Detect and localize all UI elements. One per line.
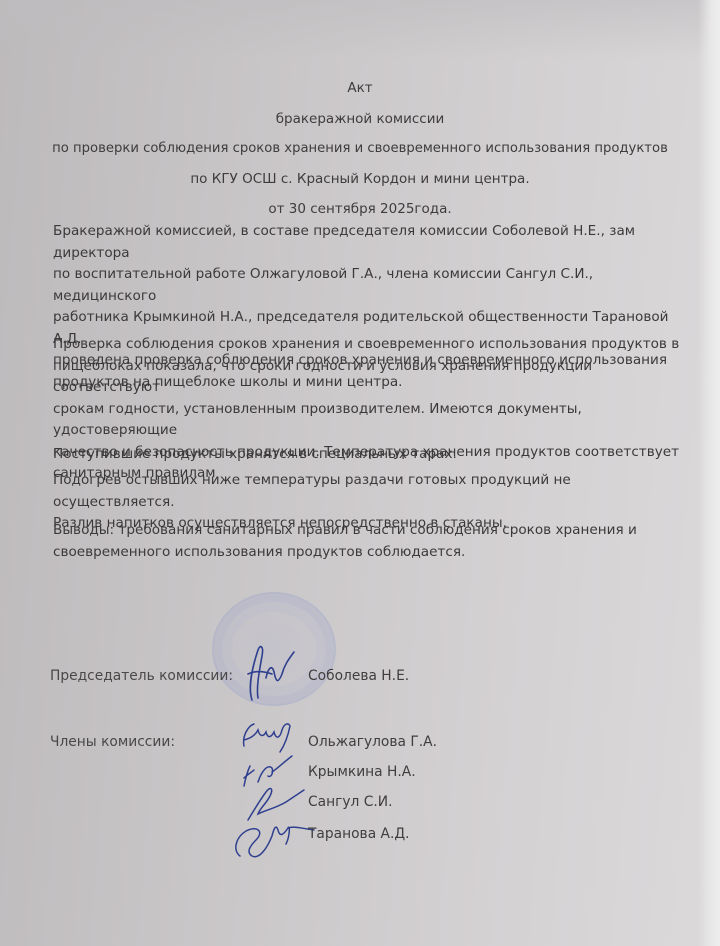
- paragraph-storage: Поступившие продукты хранятся в специаль…: [53, 444, 693, 466]
- text-line: своевременного использования продуктов с…: [53, 542, 693, 564]
- photo-shadow: [0, 0, 720, 60]
- text-line: Поступившие продукты хранятся в специаль…: [53, 444, 693, 466]
- text-line: Бракеражной комиссией, в составе председ…: [53, 221, 693, 264]
- document-subtitle: бракеражной комиссии: [0, 111, 720, 127]
- member-signature-icon: [238, 718, 298, 754]
- document-purpose: по проверки соблюдения сроков хранения и…: [0, 141, 720, 156]
- text-line: Выводы: требования санитарных правил в ч…: [53, 520, 693, 542]
- member-name: Ольжагулова Г.А.: [308, 734, 437, 750]
- members-label: Члены комиссии:: [50, 734, 175, 750]
- text-line: Подогрев остывших ниже температуры разда…: [53, 470, 693, 513]
- document-title: Акт: [0, 80, 720, 96]
- text-line: срокам годности, установленным производи…: [53, 399, 693, 442]
- document-organization: по КГУ ОСШ с. Красный Кордон и мини цент…: [0, 171, 720, 187]
- member-name: Сангул С.И.: [308, 794, 392, 810]
- chair-label: Председатель комиссии:: [50, 668, 233, 684]
- member-name: Таранова А.Д.: [308, 826, 410, 842]
- document-date: от 30 сентября 2025года.: [0, 201, 720, 217]
- member-name: Крымкина Н.А.: [308, 764, 416, 780]
- text-line: по воспитательной работе Олжагуловой Г.А…: [53, 264, 693, 307]
- chair-signature-icon: [238, 638, 302, 710]
- paragraph-conclusions: Выводы: требования санитарных правил в ч…: [53, 520, 693, 563]
- photographed-document-page: Акт бракеражной комиссии по проверки соб…: [0, 0, 720, 946]
- text-line: пищеблоках показала, что сроки годности …: [53, 356, 693, 399]
- text-line: Проверка соблюдения сроков хранения и св…: [53, 334, 693, 356]
- chair-name: Соболева Н.Е.: [308, 668, 409, 684]
- member-signature-icon: [228, 806, 318, 862]
